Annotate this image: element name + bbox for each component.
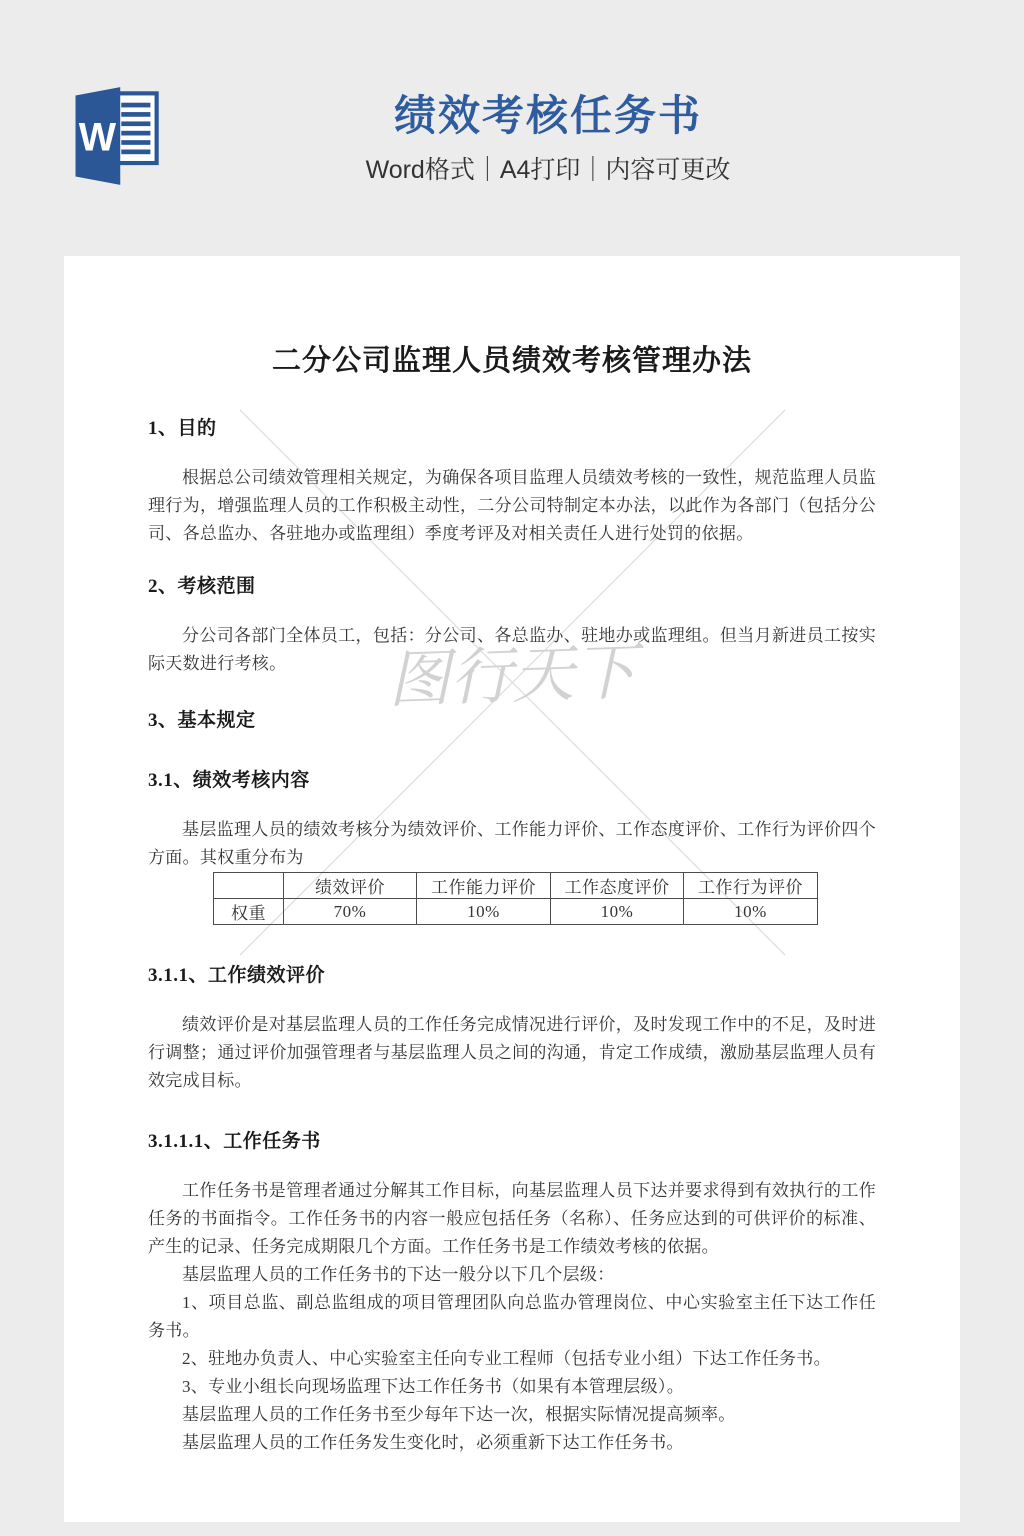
table-cell: 10%	[684, 899, 818, 925]
paragraph: 2、驻地办负责人、中心实验室主任向专业工程师（包括专业小组）下达工作任务书。	[148, 1345, 876, 1373]
table-cell: 工作态度评价	[551, 873, 684, 899]
section-heading-basic-rules: 3、基本规定	[148, 708, 876, 734]
paragraph: 根据总公司绩效管理相关规定，为确保各项目监理人员绩效考核的一致性，规范监理人员监…	[148, 464, 876, 548]
table-cell: 70%	[284, 899, 417, 925]
section-heading-assessment-content: 3.1、绩效考核内容	[148, 768, 876, 794]
section-heading-work-performance: 3.1.1、工作绩效评价	[148, 963, 876, 989]
paragraph: 基层监理人员的工作任务发生变化时，必须重新下达工作任务书。	[148, 1429, 876, 1457]
table-cell: 工作能力评价	[417, 873, 551, 899]
document-title: 二分公司监理人员绩效考核管理办法	[148, 340, 876, 382]
site-header: W 绩效考核任务书 Word格式｜A4打印｜内容可更改	[0, 0, 1024, 256]
table-cell	[214, 873, 284, 899]
page-root: { "header": { "title": "绩效考核任务书", "subti…	[0, 0, 1024, 1536]
paragraph: 基层监理人员的工作任务书至少每年下达一次，根据实际情况提高频率。	[148, 1401, 876, 1429]
document-content: 二分公司监理人员绩效考核管理办法 1、目的 根据总公司绩效管理相关规定，为确保各…	[64, 340, 960, 1457]
paragraph: 分公司各部门全体员工，包括：分公司、各总监办、驻地办或监理组。但当月新进员工按实…	[148, 622, 876, 678]
table-cell: 10%	[417, 899, 551, 925]
section-heading-scope: 2、考核范围	[148, 574, 876, 600]
paragraph: 工作任务书是管理者通过分解其工作目标，向基层监理人员下达并要求得到有效执行的工作…	[148, 1177, 876, 1261]
page-subtitle: Word格式｜A4打印｜内容可更改	[72, 154, 1024, 186]
table-row: 权重 70% 10% 10% 10%	[214, 899, 818, 925]
table-header-row: 绩效评价 工作能力评价 工作态度评价 工作行为评价	[214, 873, 818, 899]
weights-table: 绩效评价 工作能力评价 工作态度评价 工作行为评价 权重 70% 10% 10%…	[213, 872, 818, 925]
table-cell: 工作行为评价	[684, 873, 818, 899]
paragraph: 3、专业小组长向现场监理下达工作任务书（如果有本管理层级）。	[148, 1373, 876, 1401]
paragraph: 基层监理人员的工作任务书的下达一般分以下几个层级：	[148, 1261, 876, 1289]
word-icon: W	[62, 84, 166, 188]
table-cell: 权重	[214, 899, 284, 925]
section-heading-task-book: 3.1.1.1、工作任务书	[148, 1129, 876, 1155]
page-title: 绩效考核任务书	[72, 90, 1024, 142]
word-icon-letter: W	[79, 116, 117, 160]
table-cell: 绩效评价	[284, 873, 417, 899]
document-page: 图行天下 二分公司监理人员绩效考核管理办法 1、目的 根据总公司绩效管理相关规定…	[64, 256, 960, 1522]
paragraph: 基层监理人员的绩效考核分为绩效评价、工作能力评价、工作态度评价、工作行为评价四个…	[148, 816, 876, 872]
section-heading-purpose: 1、目的	[148, 416, 876, 442]
table-cell: 10%	[551, 899, 684, 925]
paragraph: 1、项目总监、副总监组成的项目管理团队向总监办管理岗位、中心实验室主任下达工作任…	[148, 1289, 876, 1345]
paragraph: 绩效评价是对基层监理人员的工作任务完成情况进行评价，及时发现工作中的不足，及时进…	[148, 1011, 876, 1095]
